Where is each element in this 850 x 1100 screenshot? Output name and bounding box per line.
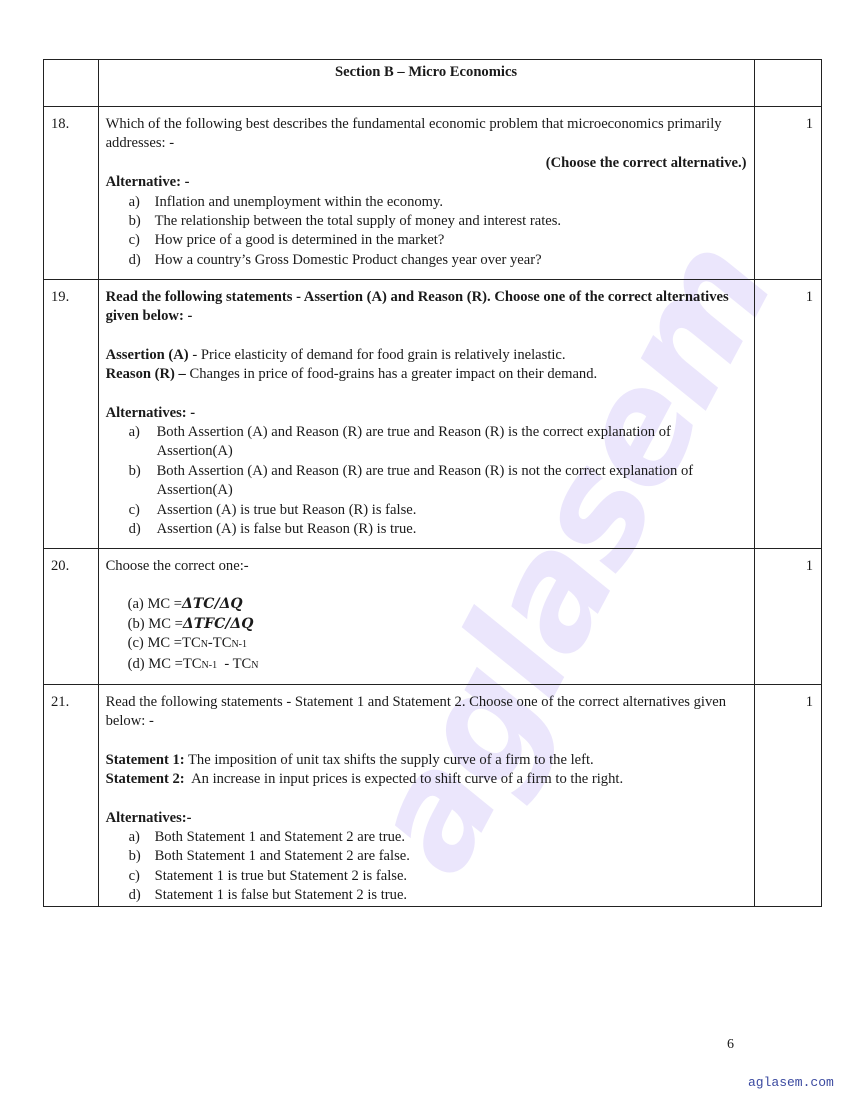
question-number: 21. <box>44 685 99 907</box>
statement-2: Statement 2: An increase in input prices… <box>106 770 747 789</box>
alternatives-heading: Alternatives: - <box>106 404 747 423</box>
statement-1: Statement 1: The imposition of unit tax … <box>106 751 747 770</box>
question-row-18: 18. Which of the following best describe… <box>44 107 822 280</box>
option: d)How a country’s Gross Domestic Product… <box>129 251 747 270</box>
options-list: a)Both Statement 1 and Statement 2 are t… <box>106 828 747 906</box>
option: b)Both Statement 1 and Statement 2 are f… <box>129 847 747 866</box>
question-text: Read the following statements - Assertio… <box>106 288 747 327</box>
question-number: 19. <box>44 280 99 549</box>
option: c)Assertion (A) is true but Reason (R) i… <box>129 501 747 520</box>
marks: 1 <box>754 549 821 685</box>
option: a)Inflation and unemployment within the … <box>129 193 747 212</box>
site-footer-link[interactable]: aglasem.com <box>748 1075 834 1090</box>
question-text: Read the following statements - Statemen… <box>106 693 747 732</box>
instruction: (Choose the correct alternative.) <box>106 154 747 173</box>
question-row-20: 20. Choose the correct one:- (a) MC =ΔTC… <box>44 549 822 685</box>
option: c)How price of a good is determined in t… <box>129 231 747 250</box>
options-list: a)Inflation and unemployment within the … <box>106 193 747 271</box>
question-text: Which of the following best describes th… <box>106 115 747 154</box>
option: (c) MC =TCN-TCN-1 <box>128 634 747 654</box>
assertion: Assertion (A) - Price elasticity of dema… <box>106 346 747 365</box>
marks: 1 <box>754 107 821 280</box>
alternatives-heading: Alternative: - <box>106 173 747 192</box>
option: b)Both Assertion (A) and Reason (R) are … <box>129 462 747 501</box>
question-number: 18. <box>44 107 99 280</box>
page-number: 6 <box>727 1037 734 1053</box>
alternatives-heading: Alternatives:- <box>106 809 747 828</box>
option: c)Statement 1 is true but Statement 2 is… <box>129 867 747 886</box>
reason: Reason (R) – Changes in price of food-gr… <box>106 365 747 384</box>
question-number: 20. <box>44 549 99 685</box>
option: (a) MC =ΔTC/ΔQ <box>128 595 747 614</box>
option: (d) MC =TCN-1 - TCN <box>128 655 747 675</box>
question-text: Choose the correct one:- <box>106 557 747 576</box>
option: b)The relationship between the total sup… <box>129 212 747 231</box>
section-header-row: Section B – Micro Economics <box>44 60 822 107</box>
option: d)Statement 1 is false but Statement 2 i… <box>129 886 747 905</box>
formula-options: (a) MC =ΔTC/ΔQ (b) MC =ΔTFC/ΔQ (c) MC =T… <box>106 595 747 675</box>
section-title: Section B – Micro Economics <box>98 60 754 107</box>
option: a)Both Statement 1 and Statement 2 are t… <box>129 828 747 847</box>
option: (b) MC =ΔTFC/ΔQ <box>128 615 747 634</box>
marks: 1 <box>754 685 821 907</box>
question-table: Section B – Micro Economics 18. Which of… <box>43 59 822 907</box>
option: a)Both Assertion (A) and Reason (R) are … <box>129 423 747 462</box>
options-list: a)Both Assertion (A) and Reason (R) are … <box>106 423 747 539</box>
question-row-19: 19. Read the following statements - Asse… <box>44 280 822 549</box>
question-row-21: 21. Read the following statements - Stat… <box>44 685 822 907</box>
option: d)Assertion (A) is false but Reason (R) … <box>129 520 747 539</box>
marks: 1 <box>754 280 821 549</box>
